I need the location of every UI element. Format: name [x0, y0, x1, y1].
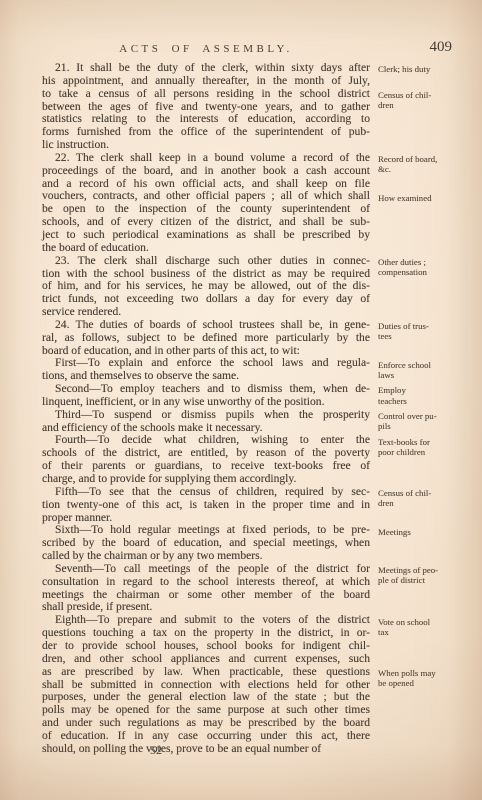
- margin-note-line: Meetings of peo-: [378, 565, 464, 575]
- text-line: service rendered.: [42, 306, 370, 319]
- text-line: Third—To suspend or dismiss pupils when …: [42, 409, 370, 422]
- margin-note: Record of board,&c.: [378, 154, 464, 175]
- text-line: proceedings of the board, and in another…: [42, 165, 370, 178]
- margin-note: Employteachers: [378, 385, 464, 406]
- margin-note-line: Duties of trus-: [378, 321, 464, 331]
- text-line: 24. The duties of boards of school trust…: [42, 319, 370, 332]
- text-line: Fifth—To see that the census of children…: [42, 486, 370, 499]
- margin-note: When polls maybe opened: [378, 668, 464, 689]
- margin-note: Text-books forpoor children: [378, 437, 464, 458]
- text-line: ral, as follows, subject to be defined m…: [42, 332, 370, 345]
- margin-note-line: Other duties ;: [378, 257, 464, 267]
- paragraph: Seventh—To call meetings of the people o…: [42, 563, 370, 614]
- margin-note-line: Clerk; his duty: [378, 64, 464, 74]
- margin-note-line: dren: [378, 100, 464, 110]
- text-line: consultation in regard to the school int…: [42, 576, 370, 589]
- margin-note-line: How examined: [378, 193, 464, 203]
- margin-note-line: Text-books for: [378, 437, 464, 447]
- paragraph: 23. The clerk shall discharge such other…: [42, 255, 370, 319]
- margin-note: Enforce schoollaws: [378, 360, 464, 381]
- text-line: his appointment, and annually thereafter…: [42, 75, 370, 88]
- text-line: should, on polling the votes, prove to b…: [42, 743, 370, 756]
- margin-note: Meetings: [378, 527, 464, 537]
- margin-note-line: poor children: [378, 447, 464, 457]
- margin-note-line: Control over pu-: [378, 411, 464, 421]
- margin-note: Meetings of peo-ple of district: [378, 565, 464, 586]
- paragraph: Third—To suspend or dismiss pupils when …: [42, 409, 370, 435]
- scanned-book-page: ACTS OF ASSEMBLY. 409 21. It shall be th…: [0, 0, 482, 800]
- text-line: der to provide school houses, school boo…: [42, 640, 370, 653]
- margin-note-line: pils: [378, 421, 464, 431]
- text-line: called by the chairman or by any two mem…: [42, 550, 370, 563]
- text-line: 23. The clerk shall discharge such other…: [42, 255, 370, 268]
- margin-note-line: Record of board,: [378, 154, 464, 164]
- margin-notes-column: Clerk; his dutyCensus of chil-drenRecord…: [378, 62, 464, 762]
- text-line: of education. If in any case occurring u…: [42, 730, 370, 743]
- margin-note-line: Enforce school: [378, 360, 464, 370]
- paragraph: Fifth—To see that the census of children…: [42, 486, 370, 525]
- margin-note-line: tax: [378, 627, 464, 637]
- margin-note-line: ple of district: [378, 575, 464, 585]
- text-line: 21. It shall be the duty of the clerk, w…: [42, 62, 370, 75]
- margin-note-line: teachers: [378, 396, 464, 406]
- text-line: ject to such periodical examinations as …: [42, 229, 370, 242]
- margin-note: How examined: [378, 193, 464, 203]
- margin-note-line: dren: [378, 498, 464, 508]
- margin-note-line: be opened: [378, 678, 464, 688]
- main-text-column: 21. It shall be the duty of the clerk, w…: [42, 62, 370, 756]
- margin-note-line: tees: [378, 331, 464, 341]
- page-number: 409: [420, 39, 452, 56]
- paragraph: Sixth—To hold regular meetings at fixed …: [42, 524, 370, 563]
- margin-note: Census of chil-dren: [378, 488, 464, 509]
- text-line: lic instruction.: [42, 139, 370, 152]
- margin-note-line: Meetings: [378, 527, 464, 537]
- text-line: to take a census of all persons residing…: [42, 88, 370, 101]
- margin-note: Control over pu-pils: [378, 411, 464, 432]
- running-title: ACTS OF ASSEMBLY.: [42, 43, 370, 55]
- paragraph: 22. The clerk shall keep in a bound volu…: [42, 152, 370, 255]
- text-line: as are prescribed by law. When practicab…: [42, 666, 370, 679]
- margin-note-line: laws: [378, 370, 464, 380]
- text-line: tion twenty-one of this act, is taken in…: [42, 499, 370, 512]
- paragraph: Fourth—To decide what children, wishing …: [42, 434, 370, 485]
- text-line: dren, and other school appliances and cu…: [42, 653, 370, 666]
- margin-note: Other duties ;compensation: [378, 257, 464, 278]
- paragraph: 24. The duties of boards of school trust…: [42, 319, 370, 358]
- margin-note: Vote on schooltax: [378, 617, 464, 638]
- margin-note-line: Vote on school: [378, 617, 464, 627]
- margin-note: Duties of trus-tees: [378, 321, 464, 342]
- text-line: linquent, inefficient, or in any wise un…: [42, 396, 370, 409]
- margin-note-line: Employ: [378, 385, 464, 395]
- text-line: and under such regulations as may be pre…: [42, 717, 370, 730]
- margin-note: Clerk; his duty: [378, 64, 464, 74]
- margin-note-line: When polls may: [378, 668, 464, 678]
- margin-note: Census of chil-dren: [378, 90, 464, 111]
- paragraph: Eighth—To prepare and submit to the vote…: [42, 614, 370, 755]
- margin-note-line: &c.: [378, 164, 464, 174]
- text-line: 22. The clerk shall keep in a bound volu…: [42, 152, 370, 165]
- paragraph: Second—To employ teachers and to dismiss…: [42, 383, 370, 409]
- text-line: charge, and to provide for supplying the…: [42, 473, 370, 486]
- text-line: Seventh—To call meetings of the people o…: [42, 563, 370, 576]
- margin-note-line: compensation: [378, 267, 464, 277]
- margin-note-line: Census of chil-: [378, 488, 464, 498]
- paragraph: First—To explain and enforce the school …: [42, 357, 370, 383]
- margin-note-line: Census of chil-: [378, 90, 464, 100]
- text-line: the board of education.: [42, 242, 370, 255]
- text-line: Second—To employ teachers and to dismiss…: [42, 383, 370, 396]
- paragraph: 21. It shall be the duty of the clerk, w…: [42, 62, 370, 152]
- signature-mark: 52: [126, 743, 186, 758]
